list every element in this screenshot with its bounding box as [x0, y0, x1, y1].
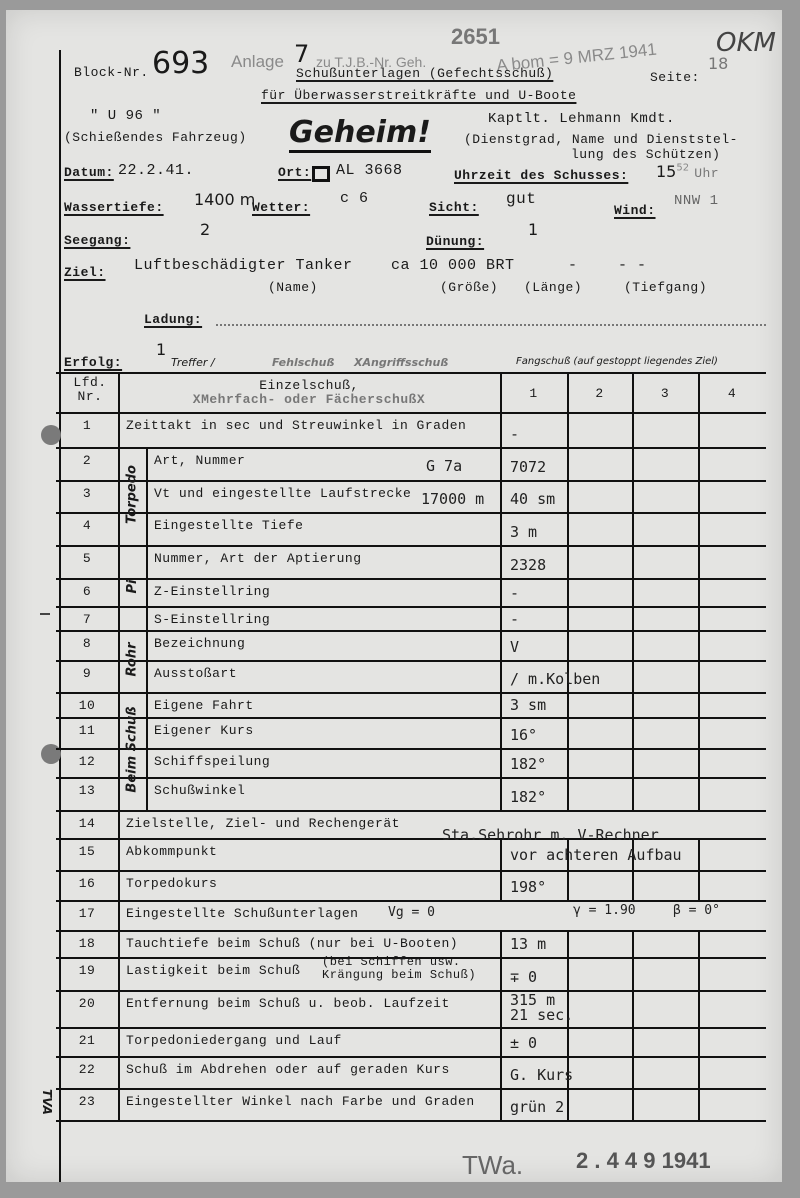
- table-col-line: [632, 930, 634, 1120]
- row-number: 15: [56, 844, 118, 859]
- row-number: 11: [56, 723, 118, 738]
- datum-value: 22.2.41.: [118, 162, 194, 179]
- row-label: Torpedokurs: [126, 876, 217, 891]
- row-label: Zeittakt in sec und Streuwinkel in Grade…: [126, 418, 466, 433]
- header-desc-1: Einzelschuß,: [118, 378, 500, 393]
- ziel-groesse: ca 10 000 BRT: [391, 257, 515, 274]
- document-page: Block-Nr. 693 Anlage 7 zu T.J.B.-Nr. Geh…: [6, 10, 782, 1182]
- row-number: 17: [56, 906, 118, 921]
- row-label: Z-Einstellring: [154, 584, 270, 599]
- table-row-line: [56, 870, 766, 872]
- row-label: Torpedoniedergang und Lauf: [126, 1033, 342, 1048]
- row-value: 182°: [510, 788, 546, 806]
- row-number: 20: [56, 996, 118, 1011]
- erfolg-label: Erfolg:: [64, 355, 122, 370]
- datum-label: Datum:: [64, 165, 114, 180]
- ziel-laenge: -: [568, 257, 578, 274]
- seite-value: 18: [708, 54, 728, 73]
- sicht-label: Sicht:: [429, 200, 479, 215]
- wassertiefe-label: Wassertiefe:: [64, 200, 164, 215]
- header-lfd-nr: Lfd. Nr.: [62, 376, 118, 404]
- table-row-line: [56, 480, 766, 482]
- row-number: 4: [56, 518, 118, 533]
- wetter-label: Wetter:: [252, 200, 310, 215]
- row-value: 16°: [510, 726, 537, 744]
- row-number: 22: [56, 1062, 118, 1077]
- ort-value: AL 3668: [336, 162, 403, 179]
- seegang-value: 2: [200, 220, 210, 239]
- table-row-line: [56, 372, 766, 374]
- row-extra-value: 17000 m: [421, 490, 484, 508]
- wassertiefe-value: 1400 m: [194, 190, 255, 209]
- row-label: Tauchtiefe beim Schuß (nur bei U-Booten): [126, 936, 458, 951]
- table-row-line: [56, 717, 766, 719]
- row-number: 21: [56, 1033, 118, 1048]
- row-label: Entfernung beim Schuß u. beob. Laufzeit: [126, 996, 450, 1011]
- shooter-caption: (Dienstgrad, Name und Dienststel-: [464, 132, 738, 147]
- row-label: S-Einstellring: [154, 612, 270, 627]
- erfolg-treffer: Treffer /: [171, 356, 215, 369]
- row-value: 3 m: [510, 523, 537, 541]
- row-value: -: [510, 610, 519, 628]
- row-value: ∓ 0: [510, 968, 537, 986]
- row-label: Art, Nummer: [154, 453, 245, 468]
- vg-value: Vg = 0: [388, 905, 435, 920]
- row-value: G. Kurs: [510, 1066, 573, 1084]
- sicht-value: gut: [506, 190, 536, 208]
- table-col-line: [500, 372, 502, 810]
- table-row-line: [56, 630, 766, 632]
- table-col-line: [118, 372, 120, 1120]
- table-col-line: [567, 372, 569, 810]
- row-number: 19: [56, 963, 118, 978]
- row-number: 23: [56, 1094, 118, 1109]
- table-row-line: [56, 1056, 766, 1058]
- row-value-2: 21 sec.: [510, 1006, 573, 1024]
- table-row-line: [56, 990, 766, 992]
- twa-stamp: TWa.: [462, 1150, 523, 1181]
- group-label-rohr: Rohr: [125, 629, 140, 691]
- side-mark: TVA: [40, 1089, 54, 1115]
- row-label: Eingestellter Winkel nach Farbe und Grad…: [126, 1094, 475, 1109]
- uhrzeit-hour: 15: [656, 162, 676, 181]
- row-value: 7072: [510, 458, 546, 476]
- row-number: 16: [56, 876, 118, 891]
- row-number: 18: [56, 936, 118, 951]
- header-col-3: 3: [632, 386, 698, 401]
- stamp-number: 2651: [451, 24, 500, 50]
- row-value: 182°: [510, 755, 546, 773]
- seite-label: Seite:: [650, 70, 700, 85]
- ziel-name-caption: (Name): [268, 280, 318, 295]
- row-value: 2328: [510, 556, 546, 574]
- header-col-2: 2: [567, 386, 632, 401]
- table-row-line: [56, 447, 766, 449]
- row-number: 14: [56, 816, 118, 831]
- table-row-line: [56, 930, 766, 932]
- secret-mark: Geheim!: [289, 116, 431, 153]
- table-col-line: [632, 372, 634, 810]
- table-row-line: [56, 1027, 766, 1029]
- duenung-label: Dünung:: [426, 234, 484, 249]
- row-number: 2: [56, 453, 118, 468]
- row-label: Eingestellte Schußunterlagen: [126, 906, 358, 921]
- vessel-name: " U 96 ": [90, 108, 161, 124]
- block-number: 693: [152, 46, 209, 81]
- table-row-line: [56, 748, 766, 750]
- ziel-label: Ziel:: [64, 265, 106, 280]
- row-label: Eigener Kurs: [154, 723, 254, 738]
- fold-mark: [40, 613, 50, 615]
- row-number: 7: [56, 612, 118, 627]
- table-row-line: [56, 1120, 766, 1122]
- table-row-line: [56, 838, 766, 840]
- gamma-value: γ = 1.90: [573, 903, 636, 918]
- erfolg-angriffsschuss: XAngriffsschuß: [354, 356, 448, 369]
- table-col-line: [698, 372, 700, 810]
- row-value: V: [510, 638, 519, 656]
- seegang-label: Seegang:: [64, 233, 130, 248]
- block-label: Block-Nr.: [74, 65, 149, 80]
- header-col-4: 4: [698, 386, 766, 401]
- row-number: 8: [56, 636, 118, 651]
- uhrzeit-label: Uhrzeit des Schusses:: [454, 168, 628, 183]
- ziel-name: Luftbeschädigter Tanker: [134, 257, 353, 274]
- row-label: Schiffspeilung: [154, 754, 270, 769]
- shooter-name: Kaptlt. Lehmann Kmdt.: [488, 111, 675, 127]
- row-number: 5: [56, 551, 118, 566]
- table-col-line: [698, 838, 700, 900]
- date-stamp: 2 . 4 4 9 1941: [576, 1148, 711, 1174]
- ziel-tiefgang: - -: [618, 257, 647, 274]
- row-label: Ausstoßart: [154, 666, 237, 681]
- row-value: 13 m: [510, 935, 546, 953]
- table-row-line: [56, 1088, 766, 1090]
- erfolg-fehlschuss: Fehlschuß: [272, 356, 334, 369]
- row-value: / m.Kolben: [510, 670, 600, 688]
- wind-value: NNW 1: [674, 193, 719, 209]
- ziel-tiefgang-caption: (Tiefgang): [624, 280, 707, 295]
- table-row-line: [56, 692, 766, 694]
- group-label-pi: Pi: [125, 544, 140, 629]
- uhrzeit-unit: Uhr: [694, 166, 719, 181]
- table-row-line: [56, 578, 766, 580]
- row-extra-value: G 7a: [426, 457, 462, 475]
- ladung-field: [216, 324, 766, 326]
- row-value: 3 sm: [510, 696, 546, 714]
- group-label-torpedo: Torpedo: [125, 446, 140, 544]
- row-label-note: (bei Schiffen usw.: [322, 955, 461, 969]
- vessel-caption: (Schießendes Fahrzeug): [64, 130, 247, 145]
- row-number: 9: [56, 666, 118, 681]
- row-number: 3: [56, 486, 118, 501]
- row-value: 198°: [510, 878, 546, 896]
- table-row-line: [56, 660, 766, 662]
- row-number: 1: [56, 418, 118, 433]
- row-number: 12: [56, 754, 118, 769]
- header-col-1: 1: [500, 386, 567, 401]
- erfolg-fangschuss: Fangschuß (auf gestoppt liegendes Ziel): [516, 356, 718, 367]
- row-number: 13: [56, 783, 118, 798]
- table-row-line: [56, 545, 766, 547]
- table-col-line: [146, 447, 148, 810]
- row-label: Bezeichnung: [154, 636, 245, 651]
- uhrzeit-value: 1552 Uhr: [656, 162, 719, 181]
- row-label: Eigene Fahrt: [154, 698, 254, 713]
- row-label: Lastigkeit beim Schuß: [126, 963, 300, 978]
- row-number: 6: [56, 584, 118, 599]
- anlage-number: 7: [294, 40, 309, 68]
- grid-square-icon: [312, 166, 330, 182]
- row-value: -: [510, 425, 519, 443]
- ziel-groesse-caption: (Größe): [440, 280, 498, 295]
- row-value: Sta.Sehrohr m. V-Rechner: [442, 826, 659, 844]
- form-subtitle: für Überwasserstreitkräfte und U-Boote: [261, 88, 576, 103]
- row-label: Schußwinkel: [154, 783, 245, 798]
- row-value: -: [510, 584, 519, 602]
- shooter-caption-2: lung des Schützen): [571, 147, 720, 162]
- ziel-laenge-caption: (Länge): [524, 280, 582, 295]
- group-label-beim_schuss: Beim Schuß: [125, 691, 140, 809]
- beta-value: β = 0°: [673, 903, 720, 918]
- ort-label: Ort:: [278, 165, 311, 180]
- row-label: Eingestellte Tiefe: [154, 518, 303, 533]
- table-col-line: [567, 930, 569, 1120]
- duenung-value: 1: [528, 220, 538, 239]
- row-label: Zielstelle, Ziel- und Rechengerät: [126, 816, 400, 831]
- table-row-line: [56, 900, 766, 902]
- header-desc-2: XMehrfach- oder FächerschußX: [118, 392, 500, 407]
- anlage-stamp: Anlage: [231, 52, 284, 72]
- row-label: Schuß im Abdrehen oder auf geraden Kurs: [126, 1062, 450, 1077]
- table-row-line: [56, 412, 766, 414]
- row-number: 10: [56, 698, 118, 713]
- erfolg-count: 1: [156, 340, 166, 359]
- row-label-note: Krängung beim Schuß): [322, 968, 476, 982]
- table-col-line: [698, 930, 700, 1120]
- table-row-line: [56, 777, 766, 779]
- row-value: ± 0: [510, 1034, 537, 1052]
- table-col-line: [500, 930, 502, 1120]
- table-row-line: [56, 810, 766, 812]
- uhrzeit-minutes: 52: [676, 163, 689, 174]
- row-label: Abkommpunkt: [126, 844, 217, 859]
- table-row-line: [56, 606, 766, 608]
- row-value: vor achteren Aufbau: [510, 846, 682, 864]
- wetter-value: c 6: [340, 190, 369, 207]
- row-label: Nummer, Art der Aptierung: [154, 551, 362, 566]
- table-col-line: [500, 838, 502, 900]
- row-label: Vt und eingestellte Laufstrecke: [154, 486, 411, 501]
- form-title: Schußunterlagen (Gefechtsschuß): [296, 66, 553, 81]
- row-value: grün 2: [510, 1098, 564, 1116]
- ladung-label: Ladung:: [144, 312, 202, 327]
- table-row-line: [56, 512, 766, 514]
- row-value: 40 sm: [510, 490, 555, 508]
- wind-label: Wind:: [614, 203, 656, 218]
